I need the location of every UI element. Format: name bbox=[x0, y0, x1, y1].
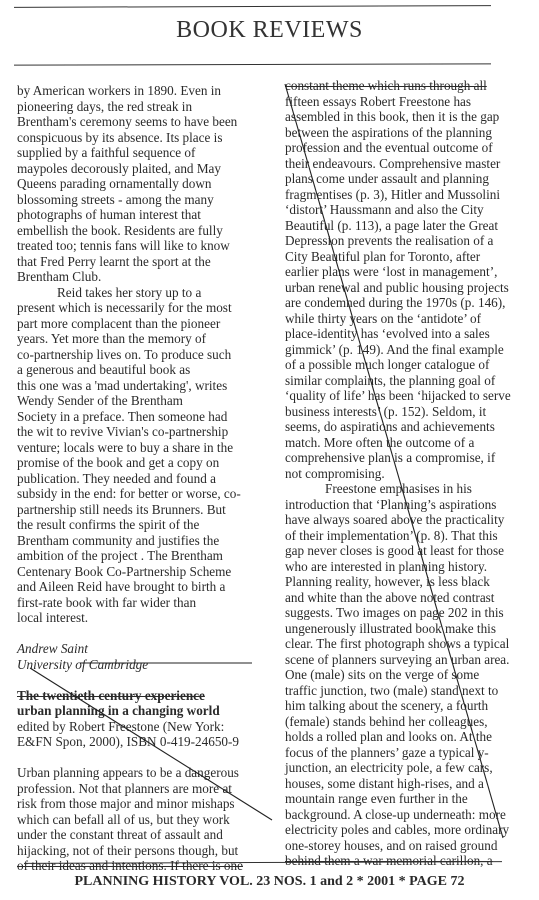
paragraph-1: by American workers in 1890. Even inpion… bbox=[17, 83, 272, 285]
text-line: profession and the eventual outcome of bbox=[285, 140, 535, 156]
text-line: plans come under assault and planning bbox=[285, 171, 535, 187]
text-line: seems, do aspirations and achievements bbox=[285, 419, 535, 435]
text-line: junction, an electricity pole, a few car… bbox=[285, 760, 535, 776]
page-title: BOOK REVIEWS bbox=[0, 17, 539, 44]
text-line: earlier plans were ‘lost in management’, bbox=[285, 264, 535, 280]
text-line: the wit to revive Vivian's co-partnershi… bbox=[17, 424, 272, 440]
text-line: first-rate book with far wider than bbox=[17, 595, 272, 611]
text-line: maypoles decorously plaited, and May bbox=[17, 161, 272, 177]
text-line: blossoming streets - among the many bbox=[17, 192, 272, 208]
text-line: subsidy in the end: for better or worse,… bbox=[17, 486, 272, 502]
text-line: have always soared above the practicalit… bbox=[285, 512, 535, 528]
text-line: years. Yet more than the memory of bbox=[17, 331, 272, 347]
text-line: Beautiful (p. 113), a page later the Gre… bbox=[285, 218, 535, 234]
text-line: Centenary Book Co-Partnership Scheme bbox=[17, 564, 272, 580]
text-line: venture; locals were to buy a share in t… bbox=[17, 440, 272, 456]
text-line: Brentham community and justifies the bbox=[17, 533, 272, 549]
text-line: conspicuous by its absence. Its place is bbox=[17, 130, 272, 146]
text-line: similar complaints, the planning goal of bbox=[285, 373, 535, 389]
text-line: local interest. bbox=[17, 610, 272, 626]
text-line: traffic junction, two (male) stand next … bbox=[285, 683, 535, 699]
text-line: him talking about the scenery, a fourth bbox=[285, 698, 535, 714]
review-book-title: The twentieth century experience bbox=[17, 688, 272, 704]
text-line: while thirty years on the ‘antidote’ of bbox=[285, 311, 535, 327]
text-line: houses, some distant high-rises, and a bbox=[285, 776, 535, 792]
text-line: promise of the book and get a copy on bbox=[17, 455, 272, 471]
text-line: business interests’ (p. 152). Seldom, it bbox=[285, 404, 535, 420]
review-book-subtitle: urban planning in a changing world bbox=[17, 703, 272, 719]
text-line: electricity poles and cables, more ordin… bbox=[285, 822, 535, 838]
text-line: Brentham Club. bbox=[17, 269, 272, 285]
text-line: holds a rolled plan and looks on. At the bbox=[285, 729, 535, 745]
text-line: and white than the above noted contrast bbox=[285, 590, 535, 606]
text-line: ‘distort’ Haussmann and also the City bbox=[285, 202, 535, 218]
reviewer-name: Andrew Saint bbox=[17, 641, 272, 657]
text-line: under the constant threat of assault and bbox=[17, 827, 272, 843]
review-book-citation: edited by Robert Freestone (New York: bbox=[17, 719, 272, 735]
text-line: publication. They needed and found a bbox=[17, 471, 272, 487]
text-line: their endeavours. Comprehensive master bbox=[285, 156, 535, 172]
paragraph-3: Urban planning appears to be a dangerous… bbox=[17, 765, 272, 874]
text-line: one-storey houses, and on raised ground bbox=[285, 838, 535, 854]
text-line: Brentham's ceremony seems to have been bbox=[17, 114, 272, 130]
text-line: present which is necessarily for the mos… bbox=[17, 300, 272, 316]
text-line: suggests. Two images on page 202 in this bbox=[285, 605, 535, 621]
paragraph-2: Reid takes her story up to apresent whic… bbox=[17, 285, 272, 626]
header-rule bbox=[14, 63, 491, 65]
text-line: gap never closes is good at least for th… bbox=[285, 543, 535, 559]
text-line: Queens parading ornamentally down bbox=[17, 176, 272, 192]
text-line: co-partnership lives on. To produce such bbox=[17, 347, 272, 363]
text-line: constant theme which runs through all bbox=[285, 78, 535, 94]
text-line: Freestone emphasises in his bbox=[285, 481, 535, 497]
text-line: who are interested in planning history. bbox=[285, 559, 535, 575]
text-line: Depression prevents the realisation of a bbox=[285, 233, 535, 249]
text-line: (female) stands behind her colleagues, bbox=[285, 714, 535, 730]
text-line: profession. Not that planners are more a… bbox=[17, 781, 272, 797]
text-line: One (male) sits on the verge of some bbox=[285, 667, 535, 683]
text-line: mountain range even further in the bbox=[285, 791, 535, 807]
text-line: Reid takes her story up to a bbox=[17, 285, 272, 301]
text-line: focus of the planners’ gaze a typical y- bbox=[285, 745, 535, 761]
text-line: introduction that ‘Planning’s aspiration… bbox=[285, 497, 535, 513]
text-line: the result confirms the spirit of the bbox=[17, 517, 272, 533]
text-line: this one was a 'mad undertaking', writes bbox=[17, 378, 272, 394]
text-line: fragmentises (p. 3), Hitler and Mussolin… bbox=[285, 187, 535, 203]
text-line: City Beautiful plan for Toronto, after bbox=[285, 249, 535, 265]
text-line: are condemned during the 1970s (p. 146), bbox=[285, 295, 535, 311]
text-line: of a possible much longer catalogue of bbox=[285, 357, 535, 373]
left-column: by American workers in 1890. Even inpion… bbox=[17, 83, 272, 874]
text-line: between the aspirations of the planning bbox=[285, 125, 535, 141]
text-line: ‘quality of life’ has been ‘hijacked to … bbox=[285, 388, 535, 404]
page-footer: PLANNING HISTORY VOL. 23 NOS. 1 and 2 * … bbox=[0, 874, 539, 890]
text-line: place-identity has ‘evolved into a sales bbox=[285, 326, 535, 342]
paragraph-4: constant theme which runs through allfif… bbox=[285, 78, 535, 481]
text-line: partnership still needs its Brunners. Bu… bbox=[17, 502, 272, 518]
text-line: risk from those major and minor mishaps bbox=[17, 796, 272, 812]
text-line: supplied by a faithful sequence of bbox=[17, 145, 272, 161]
text-line: hijacking, not of their persons though, … bbox=[17, 843, 272, 859]
top-rule bbox=[14, 5, 491, 8]
text-line: comprehensive plan is a compromise, if bbox=[285, 450, 535, 466]
text-line: gimmick’ (p. 149). And the final example bbox=[285, 342, 535, 358]
text-line: ambition of the project . The Brentham bbox=[17, 548, 272, 564]
text-line: photographs of human interest that bbox=[17, 207, 272, 223]
text-line: Society in a preface. Then someone had bbox=[17, 409, 272, 425]
text-line: of their implementation’ (p. 8). That th… bbox=[285, 528, 535, 544]
text-line: pioneering days, the red streak in bbox=[17, 99, 272, 115]
text-line: Wendy Sender of the Brentham bbox=[17, 393, 272, 409]
text-line: treated too; tennis fans will like to kn… bbox=[17, 238, 272, 254]
text-line: part more complacent than the pioneer bbox=[17, 316, 272, 332]
text-line: of their ideas and intentions. If there … bbox=[17, 858, 272, 874]
text-line: which can befall all of us, but they wor… bbox=[17, 812, 272, 828]
text-line: fifteen essays Robert Freestone has bbox=[285, 94, 535, 110]
right-column: constant theme which runs through allfif… bbox=[285, 78, 535, 869]
text-line: by American workers in 1890. Even in bbox=[17, 83, 272, 99]
review-book-citation-2: E&FN Spon, 2000), ISBN 0-419-24650-9 bbox=[17, 734, 272, 750]
text-line: embellish the book. Residents are fully bbox=[17, 223, 272, 239]
text-line: scene of planners surveying an urban are… bbox=[285, 652, 535, 668]
text-line: ungenerously illustrated book make this bbox=[285, 621, 535, 637]
text-line: assembled in this book, then it is the g… bbox=[285, 109, 535, 125]
text-line: not compromising. bbox=[285, 466, 535, 482]
text-line: and Aileen Reid have brought to birth a bbox=[17, 579, 272, 595]
text-line: a generous and beautiful book as bbox=[17, 362, 272, 378]
text-line: Planning reality, however, is less black bbox=[285, 574, 535, 590]
text-line: clear. The first photograph shows a typi… bbox=[285, 636, 535, 652]
text-line: Urban planning appears to be a dangerous bbox=[17, 765, 272, 781]
text-line: that Fred Perry learnt the sport at the bbox=[17, 254, 272, 270]
reviewer-affiliation: University of Cambridge bbox=[17, 657, 272, 673]
paragraph-5: Freestone emphasises in hisintroduction … bbox=[285, 481, 535, 869]
text-line: urban renewal and public housing project… bbox=[285, 280, 535, 296]
text-line: match. More often the outcome of a bbox=[285, 435, 535, 451]
text-line: background. A close-up underneath: more bbox=[285, 807, 535, 823]
